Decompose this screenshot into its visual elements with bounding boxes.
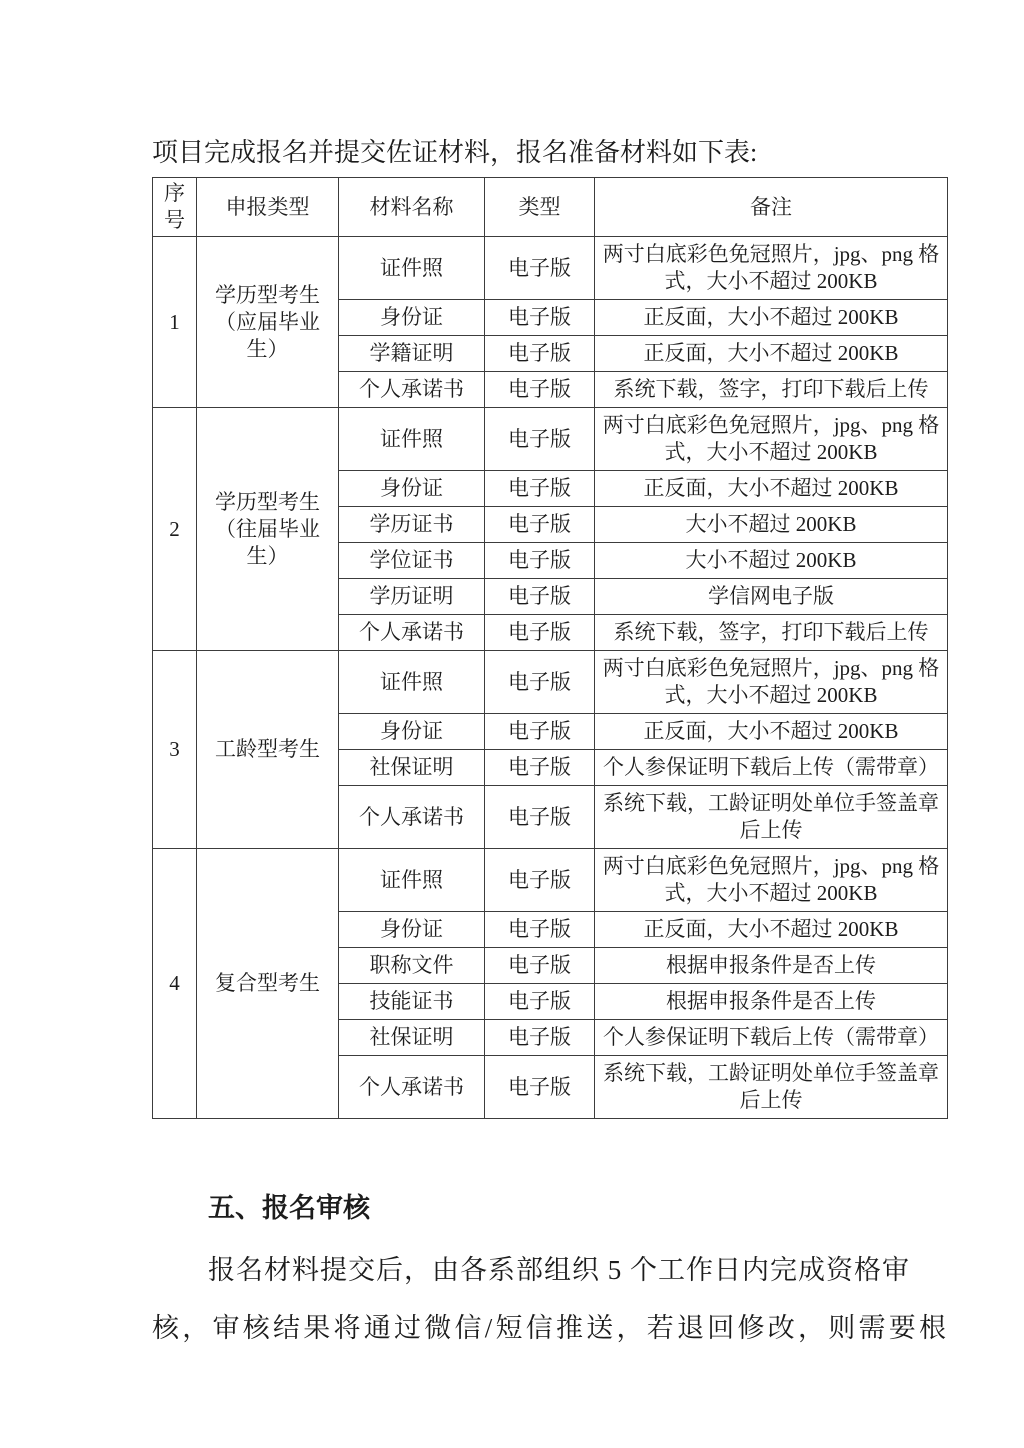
format-cell: 电子版 bbox=[485, 984, 595, 1020]
material-cell: 个人承诺书 bbox=[339, 615, 485, 651]
format-cell: 电子版 bbox=[485, 651, 595, 714]
format-cell: 电子版 bbox=[485, 615, 595, 651]
table-row: 4复合型考生证件照电子版两寸白底彩色免冠照片，jpg、png 格式，大小不超过 … bbox=[153, 849, 948, 912]
format-cell: 电子版 bbox=[485, 1020, 595, 1056]
column-header: 材料名称 bbox=[339, 178, 485, 237]
type-cell: 学历型考生（应届毕业生） bbox=[197, 237, 339, 408]
intro-text: 项目完成报名并提交佐证材料，报名准备材料如下表: bbox=[152, 136, 947, 170]
material-cell: 身份证 bbox=[339, 471, 485, 507]
column-header: 类型 bbox=[485, 178, 595, 237]
material-cell: 学历证明 bbox=[339, 579, 485, 615]
header-row: 序号申报类型材料名称类型备注 bbox=[153, 178, 948, 237]
document-content: 项目完成报名并提交佐证材料，报名准备材料如下表: 序号申报类型材料名称类型备注 … bbox=[0, 0, 1024, 1357]
format-cell: 电子版 bbox=[485, 948, 595, 984]
remark-cell: 个人参保证明下载后上传（需带章） bbox=[595, 750, 948, 786]
remark-cell: 两寸白底彩色免冠照片，jpg、png 格式，大小不超过 200KB bbox=[595, 237, 948, 300]
material-cell: 身份证 bbox=[339, 300, 485, 336]
format-cell: 电子版 bbox=[485, 786, 595, 849]
paragraph-line-1: 报名材料提交后，由各系部组织 5 个工作日内完成资格审 bbox=[152, 1241, 947, 1299]
material-cell: 学历证书 bbox=[339, 507, 485, 543]
remark-cell: 两寸白底彩色免冠照片，jpg、png 格式，大小不超过 200KB bbox=[595, 408, 948, 471]
remark-cell: 根据申报条件是否上传 bbox=[595, 984, 948, 1020]
material-cell: 职称文件 bbox=[339, 948, 485, 984]
material-cell: 社保证明 bbox=[339, 1020, 485, 1056]
type-cell: 学历型考生（往届毕业生） bbox=[197, 408, 339, 651]
paragraph-line-2: 核，审核结果将通过微信/短信推送，若退回修改，则需要根 bbox=[152, 1299, 947, 1357]
format-cell: 电子版 bbox=[485, 849, 595, 912]
seq-cell: 3 bbox=[153, 651, 197, 849]
type-cell: 工龄型考生 bbox=[197, 651, 339, 849]
column-header: 申报类型 bbox=[197, 178, 339, 237]
seq-cell: 2 bbox=[153, 408, 197, 651]
format-cell: 电子版 bbox=[485, 471, 595, 507]
material-cell: 个人承诺书 bbox=[339, 786, 485, 849]
material-cell: 社保证明 bbox=[339, 750, 485, 786]
material-cell: 证件照 bbox=[339, 849, 485, 912]
remark-cell: 根据申报条件是否上传 bbox=[595, 948, 948, 984]
materials-table: 序号申报类型材料名称类型备注 1学历型考生（应届毕业生）证件照电子版两寸白底彩色… bbox=[152, 177, 948, 1119]
table-row: 3工龄型考生证件照电子版两寸白底彩色免冠照片，jpg、png 格式，大小不超过 … bbox=[153, 651, 948, 714]
remark-cell: 个人参保证明下载后上传（需带章） bbox=[595, 1020, 948, 1056]
document-page: 项目完成报名并提交佐证材料，报名准备材料如下表: 序号申报类型材料名称类型备注 … bbox=[0, 0, 1024, 1448]
format-cell: 电子版 bbox=[485, 543, 595, 579]
remark-cell: 正反面，大小不超过 200KB bbox=[595, 336, 948, 372]
material-cell: 学位证书 bbox=[339, 543, 485, 579]
format-cell: 电子版 bbox=[485, 579, 595, 615]
remark-cell: 正反面，大小不超过 200KB bbox=[595, 471, 948, 507]
table-body: 1学历型考生（应届毕业生）证件照电子版两寸白底彩色免冠照片，jpg、png 格式… bbox=[153, 237, 948, 1119]
remark-cell: 两寸白底彩色免冠照片，jpg、png 格式，大小不超过 200KB bbox=[595, 849, 948, 912]
remark-cell: 系统下载，签字，打印下载后上传 bbox=[595, 372, 948, 408]
material-cell: 身份证 bbox=[339, 912, 485, 948]
remark-cell: 正反面，大小不超过 200KB bbox=[595, 912, 948, 948]
column-header: 序号 bbox=[153, 178, 197, 237]
format-cell: 电子版 bbox=[485, 714, 595, 750]
section-heading: 五、报名审核 bbox=[152, 1189, 947, 1227]
type-cell: 复合型考生 bbox=[197, 849, 339, 1119]
format-cell: 电子版 bbox=[485, 408, 595, 471]
format-cell: 电子版 bbox=[485, 912, 595, 948]
material-cell: 证件照 bbox=[339, 408, 485, 471]
material-cell: 个人承诺书 bbox=[339, 372, 485, 408]
material-cell: 技能证书 bbox=[339, 984, 485, 1020]
format-cell: 电子版 bbox=[485, 372, 595, 408]
remark-cell: 正反面，大小不超过 200KB bbox=[595, 714, 948, 750]
column-header: 备注 bbox=[595, 178, 948, 237]
format-cell: 电子版 bbox=[485, 336, 595, 372]
remark-cell: 系统下载，工龄证明处单位手签盖章后上传 bbox=[595, 1056, 948, 1119]
remark-cell: 正反面，大小不超过 200KB bbox=[595, 300, 948, 336]
seq-cell: 4 bbox=[153, 849, 197, 1119]
remark-cell: 两寸白底彩色免冠照片，jpg、png 格式，大小不超过 200KB bbox=[595, 651, 948, 714]
remark-cell: 大小不超过 200KB bbox=[595, 543, 948, 579]
material-cell: 学籍证明 bbox=[339, 336, 485, 372]
material-cell: 身份证 bbox=[339, 714, 485, 750]
material-cell: 证件照 bbox=[339, 237, 485, 300]
remark-cell: 系统下载，签字，打印下载后上传 bbox=[595, 615, 948, 651]
format-cell: 电子版 bbox=[485, 750, 595, 786]
material-cell: 个人承诺书 bbox=[339, 1056, 485, 1119]
material-cell: 证件照 bbox=[339, 651, 485, 714]
format-cell: 电子版 bbox=[485, 507, 595, 543]
remark-cell: 大小不超过 200KB bbox=[595, 507, 948, 543]
review-paragraph: 报名材料提交后，由各系部组织 5 个工作日内完成资格审 核，审核结果将通过微信/… bbox=[152, 1241, 947, 1357]
seq-cell: 1 bbox=[153, 237, 197, 408]
table-row: 1学历型考生（应届毕业生）证件照电子版两寸白底彩色免冠照片，jpg、png 格式… bbox=[153, 237, 948, 300]
remark-cell: 系统下载，工龄证明处单位手签盖章后上传 bbox=[595, 786, 948, 849]
format-cell: 电子版 bbox=[485, 1056, 595, 1119]
table-row: 2学历型考生（往届毕业生）证件照电子版两寸白底彩色免冠照片，jpg、png 格式… bbox=[153, 408, 948, 471]
remark-cell: 学信网电子版 bbox=[595, 579, 948, 615]
format-cell: 电子版 bbox=[485, 300, 595, 336]
format-cell: 电子版 bbox=[485, 237, 595, 300]
